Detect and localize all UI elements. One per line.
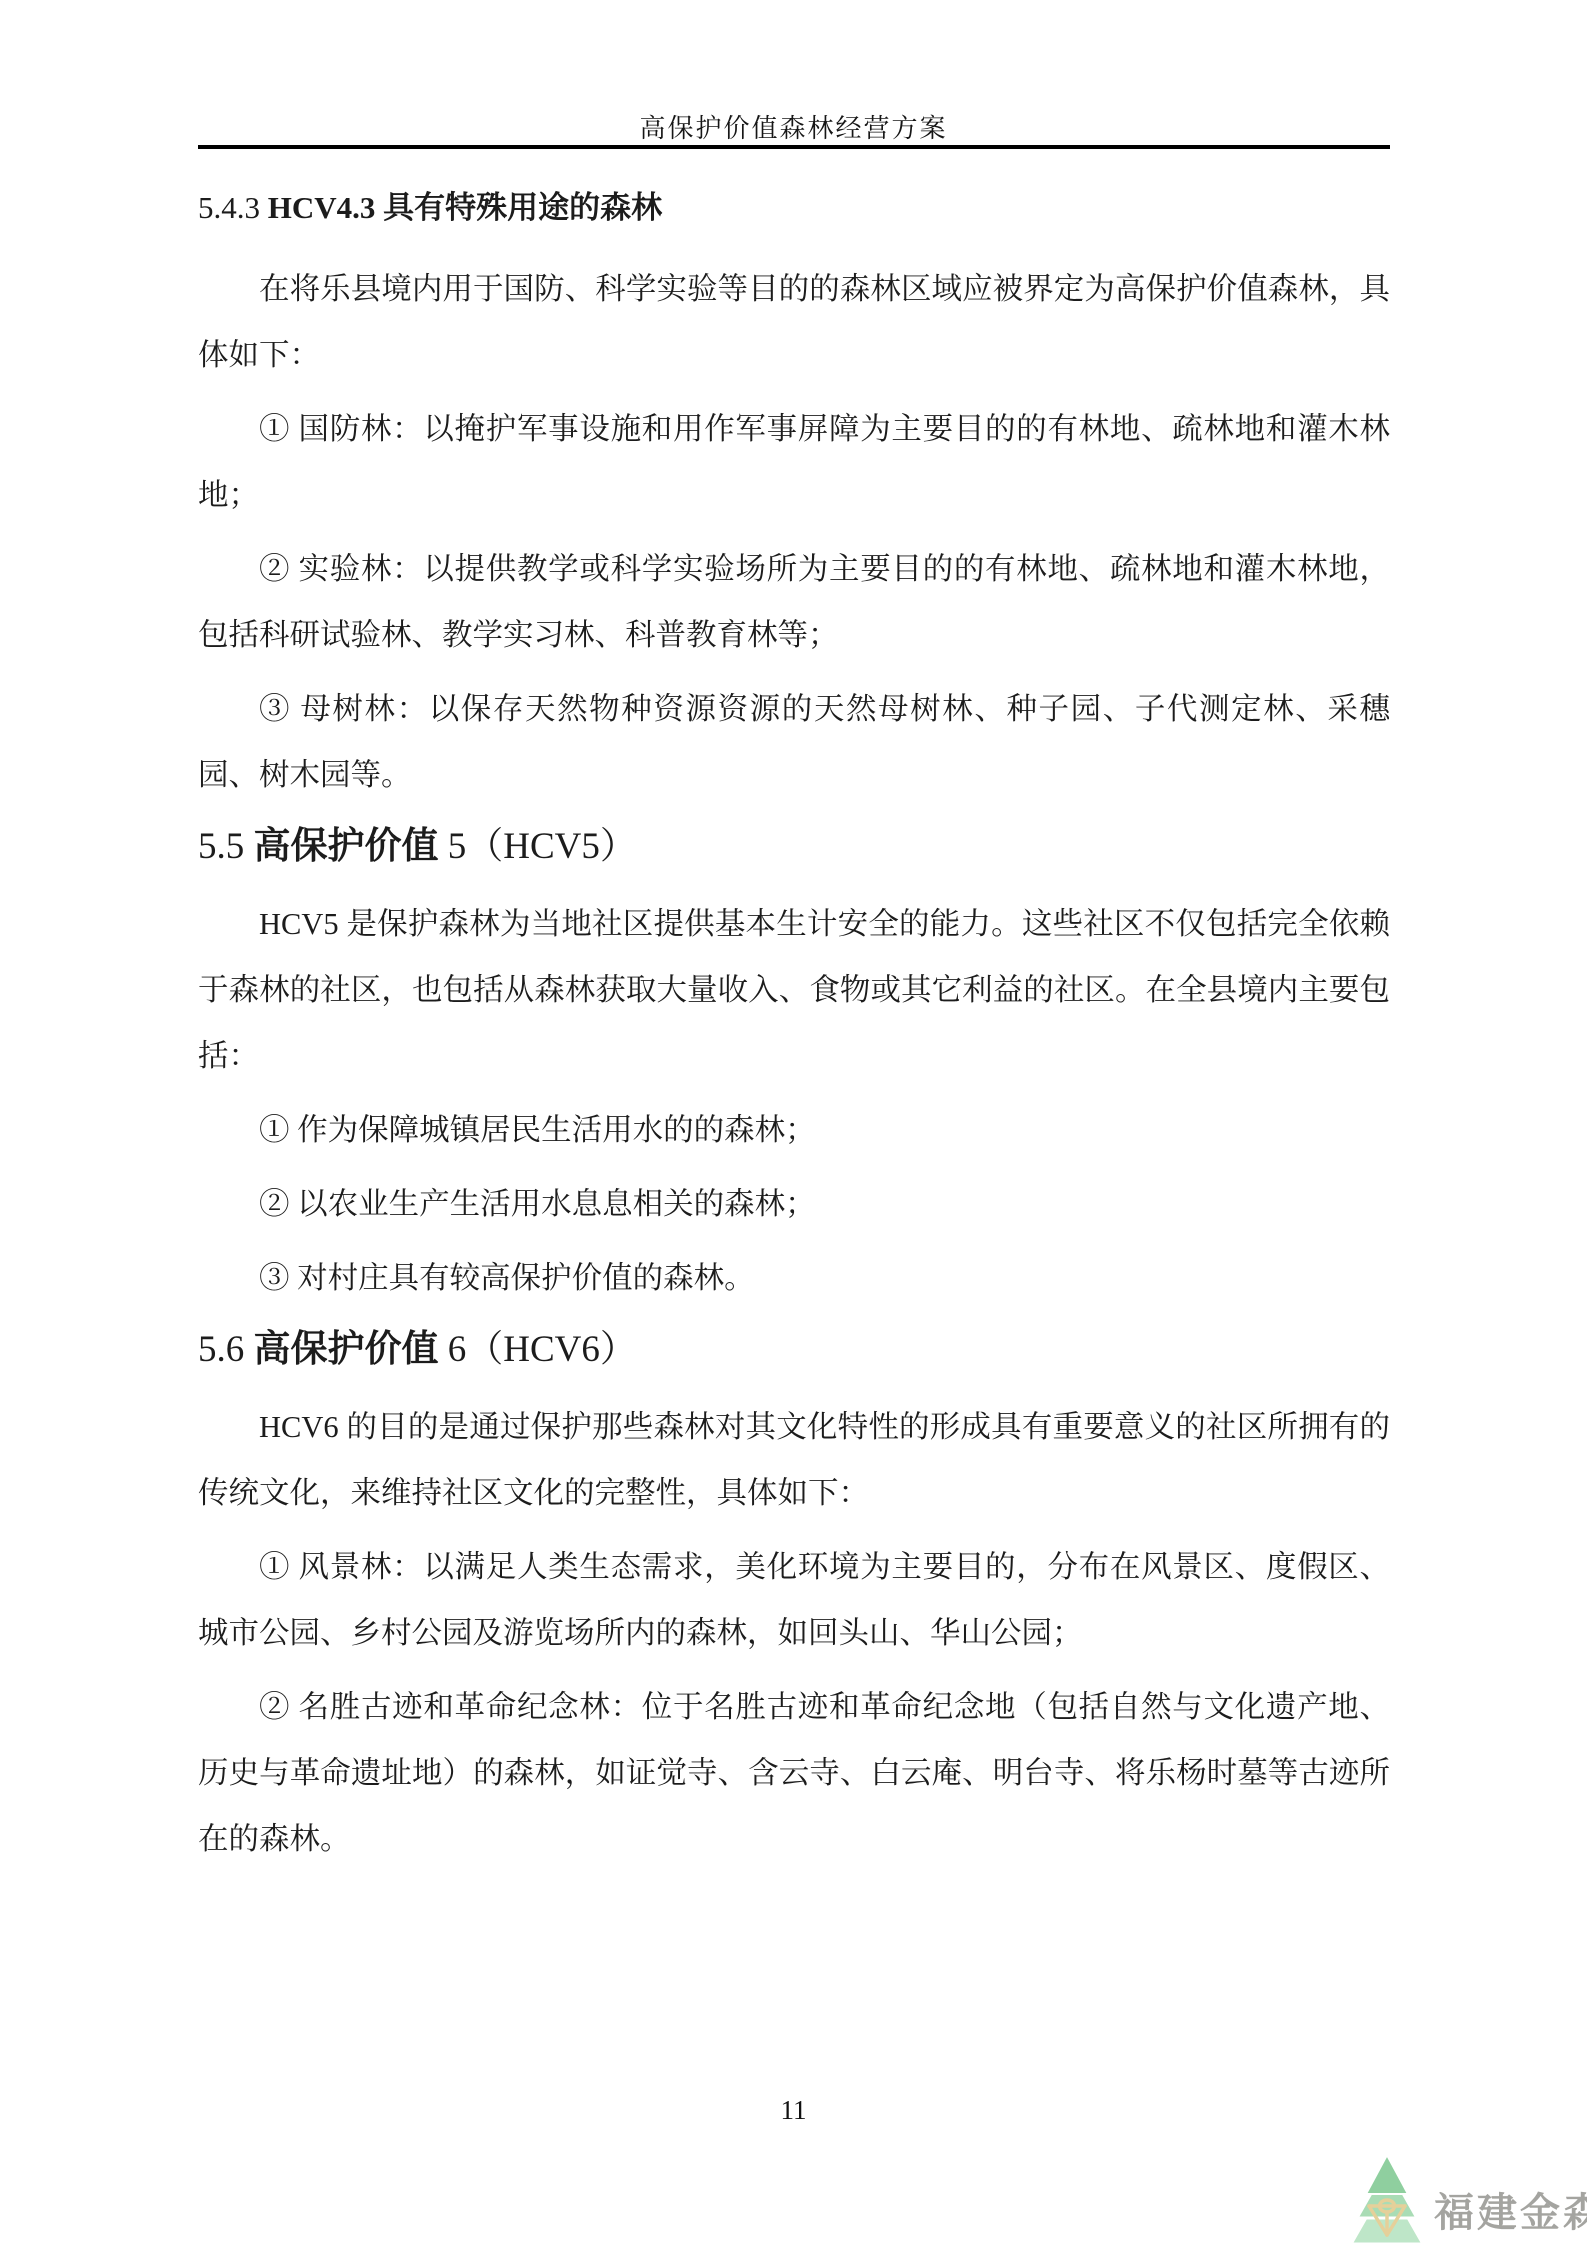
- section-number: 5.4.3: [198, 190, 268, 225]
- tree-logo-icon: [1350, 2155, 1424, 2245]
- list-item-heritage-forest: ② 名胜古迹和革命纪念林：位于名胜古迹和革命纪念地（包括自然与文化遗产地、历史与…: [198, 1674, 1390, 1872]
- list-item-agriculture-water-forest: ② 以农业生产生活用水息息相关的森林；: [198, 1171, 1390, 1237]
- section-heading-5-4-3: 5.4.3 HCV4.3 具有特殊用途的森林: [198, 184, 1390, 232]
- list-item-village-value-forest: ③ 对村庄具有较高保护价值的森林。: [198, 1245, 1390, 1311]
- section-heading-5-6: 5.6 高保护价值 6（HCV6）: [198, 1323, 1390, 1376]
- company-logo-text: 福建金森: [1434, 2193, 1587, 2245]
- paragraph-hcv4-intro: 在将乐县境内用于国防、科学实验等目的的森林区域应被界定为高保护价值森林，具体如下…: [198, 256, 1390, 388]
- company-logo: 福建金森: [1350, 2155, 1587, 2245]
- list-item-mother-tree-forest: ③ 母树林：以保存天然物种资源资源的天然母树林、种子园、子代测定林、采穗园、树木…: [198, 676, 1390, 808]
- section-number-suffix: 5（HCV5）: [439, 826, 637, 867]
- section-title: HCV4.3 具有特殊用途的森林: [268, 190, 662, 225]
- document-header-title: 高保护价值森林经营方案: [0, 108, 1587, 145]
- section-title: 高保护价值: [254, 1328, 439, 1369]
- section-title: 高保护价值: [254, 825, 439, 866]
- list-item-defense-forest: ① 国防林：以掩护军事设施和用作军事屏障为主要目的的有林地、疏林地和灌木林地；: [198, 396, 1390, 528]
- list-item-scenic-forest: ① 风景林：以满足人类生态需求，美化环境为主要目的，分布在风景区、度假区、城市公…: [198, 1534, 1390, 1666]
- document-body: 5.4.3 HCV4.3 具有特殊用途的森林 在将乐县境内用于国防、科学实验等目…: [198, 180, 1390, 1880]
- paragraph-hcv6-intro: HCV6 的目的是通过保护那些森林对其文化特性的形成具有重要意义的社区所拥有的传…: [198, 1394, 1390, 1526]
- header-rule: [198, 145, 1390, 149]
- paragraph-hcv5-intro: HCV5 是保护森林为当地社区提供基本生计安全的能力。这些社区不仅包括完全依赖于…: [198, 891, 1390, 1089]
- list-item-town-water-forest: ① 作为保障城镇居民生活用水的的森林；: [198, 1097, 1390, 1163]
- list-item-experiment-forest: ② 实验林：以提供教学或科学实验场所为主要目的的有林地、疏林地和灌木林地，包括科…: [198, 536, 1390, 668]
- page-number: 11: [0, 2092, 1587, 2128]
- section-number: 5.6: [198, 1329, 254, 1370]
- section-heading-5-5: 5.5 高保护价值 5（HCV5）: [198, 820, 1390, 873]
- document-page: 高保护价值森林经营方案 5.4.3 HCV4.3 具有特殊用途的森林 在将乐县境…: [0, 0, 1587, 2245]
- section-number: 5.5: [198, 826, 254, 867]
- section-number-suffix: 6（HCV6）: [439, 1329, 637, 1370]
